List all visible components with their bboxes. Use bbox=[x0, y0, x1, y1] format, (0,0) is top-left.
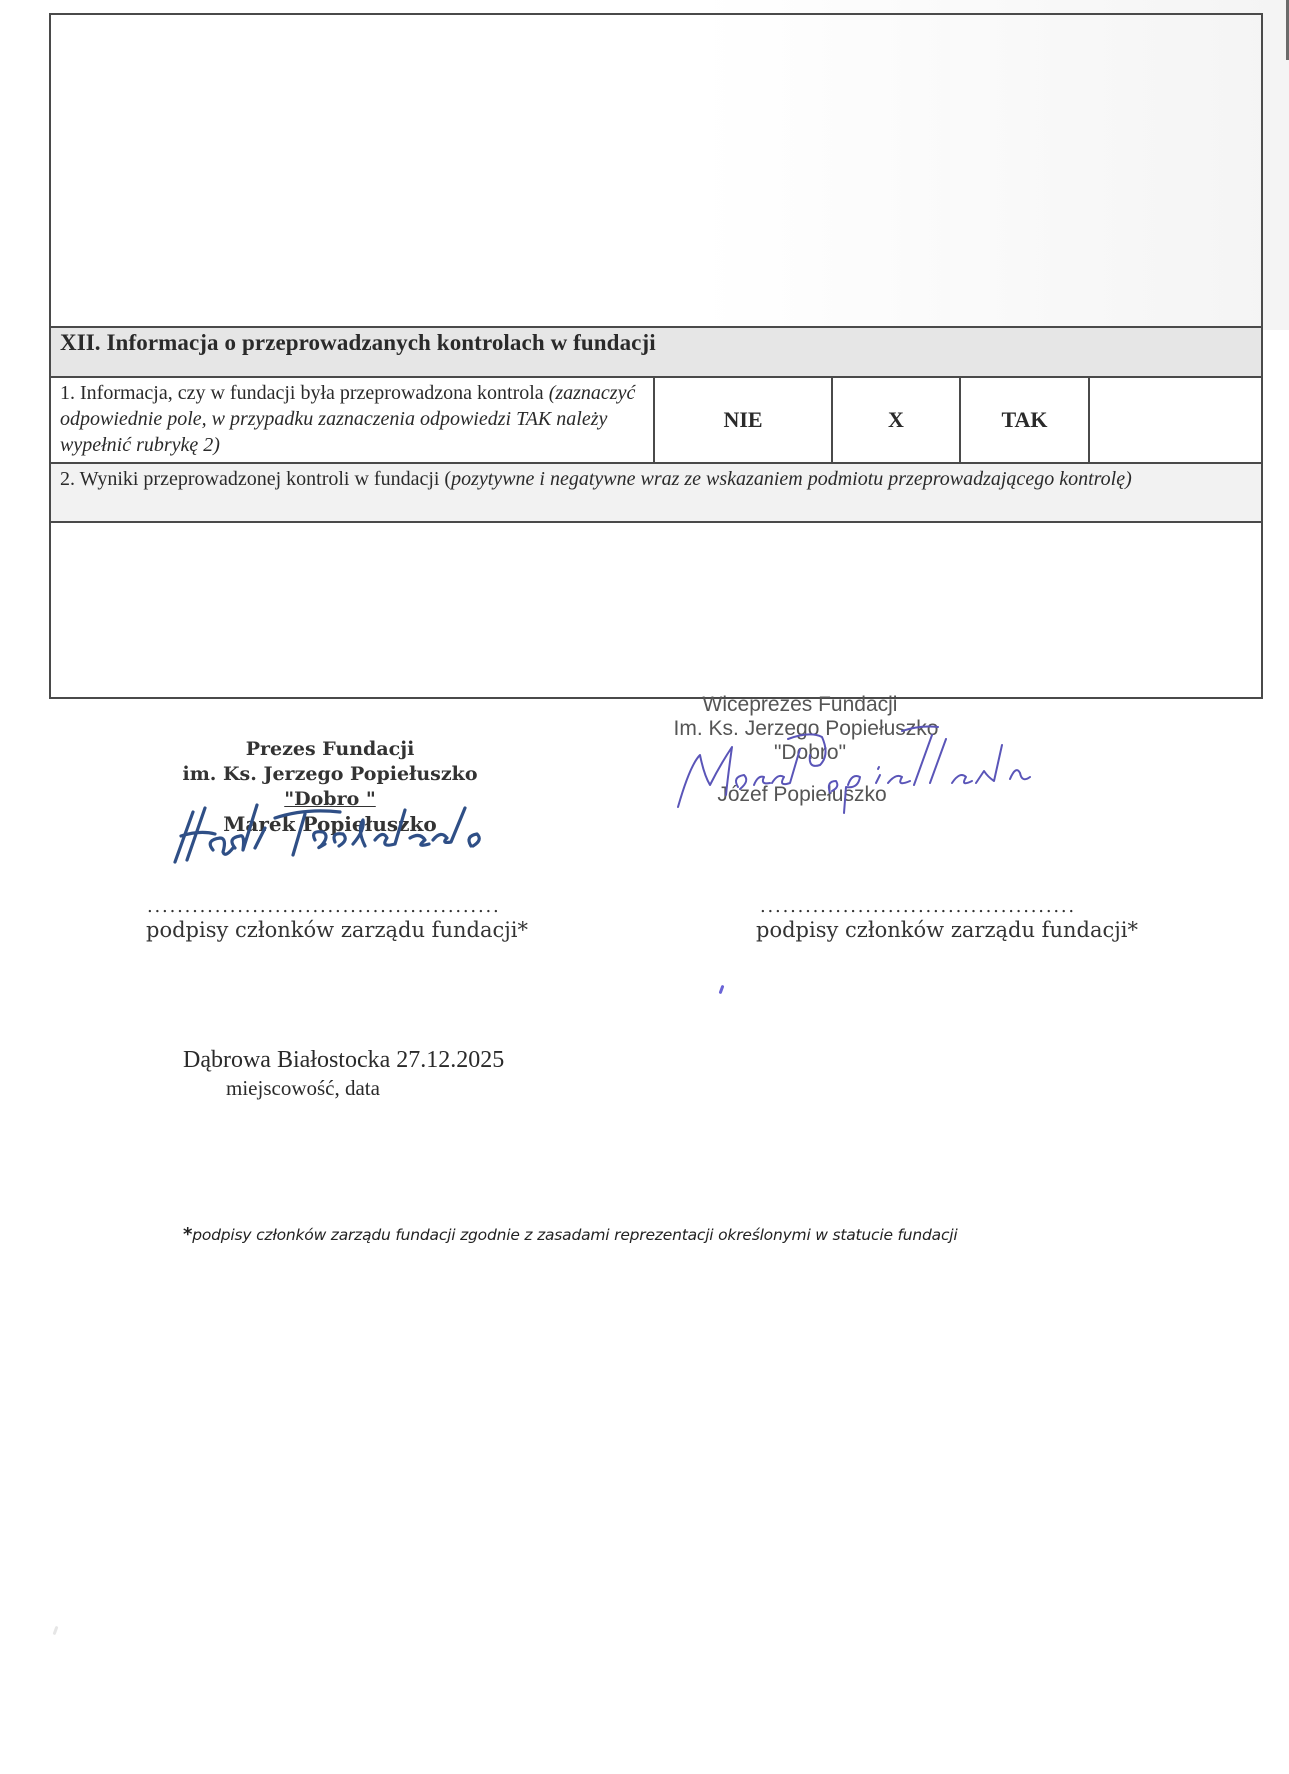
question-2-text: 2. Wyniki przeprowadzonej kontroli w fun… bbox=[60, 466, 1250, 492]
place-date-value: Dąbrowa Białostocka 27.12.2025 bbox=[183, 1047, 504, 1074]
option-tak-checkbox[interactable] bbox=[1090, 378, 1261, 462]
right-stamp: Wiceprezes Fundacji Im. Ks. Jerzego Popi… bbox=[640, 693, 1000, 807]
option-nie-label: NIE bbox=[655, 378, 831, 462]
right-signature-caption: podpisy członków zarządu fundacji* bbox=[756, 918, 1138, 942]
question-1-main: 1. Informacja, czy w fundacji była przep… bbox=[60, 382, 549, 404]
right-signature-line: ........................................… bbox=[760, 896, 1146, 917]
option-nie-checkbox[interactable]: X bbox=[833, 378, 959, 462]
footnote: *podpisy członków zarządu fundacji zgodn… bbox=[183, 1224, 958, 1245]
right-stamp-title: Wiceprezes Fundacji bbox=[600, 693, 1000, 717]
question-2-instruction: pozytywne i negatywne wraz ze wskazaniem… bbox=[451, 468, 1132, 490]
scan-speck bbox=[53, 1626, 59, 1635]
left-signature-caption: podpisy członków zarządu fundacji* bbox=[146, 918, 528, 942]
right-stamp-org: Im. Ks. Jerzego Popiełuszko bbox=[612, 717, 1000, 741]
right-stamp-person: Józef Popiełuszko bbox=[604, 783, 1000, 807]
ink-mark bbox=[719, 985, 725, 994]
section-title: XII. Informacja o przeprowadzanych kontr… bbox=[60, 330, 656, 356]
left-stamp-org: im. Ks. Jerzego Popiełuszko bbox=[170, 762, 490, 787]
left-stamp-title: Prezes Fundacji bbox=[170, 737, 490, 762]
question-2-answer-field[interactable] bbox=[52, 524, 1260, 696]
footnote-star: * bbox=[183, 1224, 192, 1245]
left-stamp: Prezes Fundacji im. Ks. Jerzego Popiełus… bbox=[170, 737, 490, 837]
question-2-main: 2. Wyniki przeprowadzonej kontroli w fun… bbox=[60, 468, 451, 490]
left-stamp-person: Marek Popiełuszko bbox=[170, 812, 490, 837]
footnote-text: podpisy członków zarządu fundacji zgodni… bbox=[192, 1226, 957, 1244]
left-stamp-org-name: "Dobro " bbox=[170, 787, 490, 812]
right-stamp-org-name: "Dobro" bbox=[620, 741, 1000, 765]
question-1-text: 1. Informacja, czy w fundacji była przep… bbox=[60, 380, 650, 458]
left-signature-line: ........................................… bbox=[147, 896, 551, 917]
option-tak-label: TAK bbox=[961, 378, 1088, 462]
place-date-label: miejscowość, data bbox=[226, 1076, 380, 1101]
table-divider bbox=[49, 521, 1263, 523]
